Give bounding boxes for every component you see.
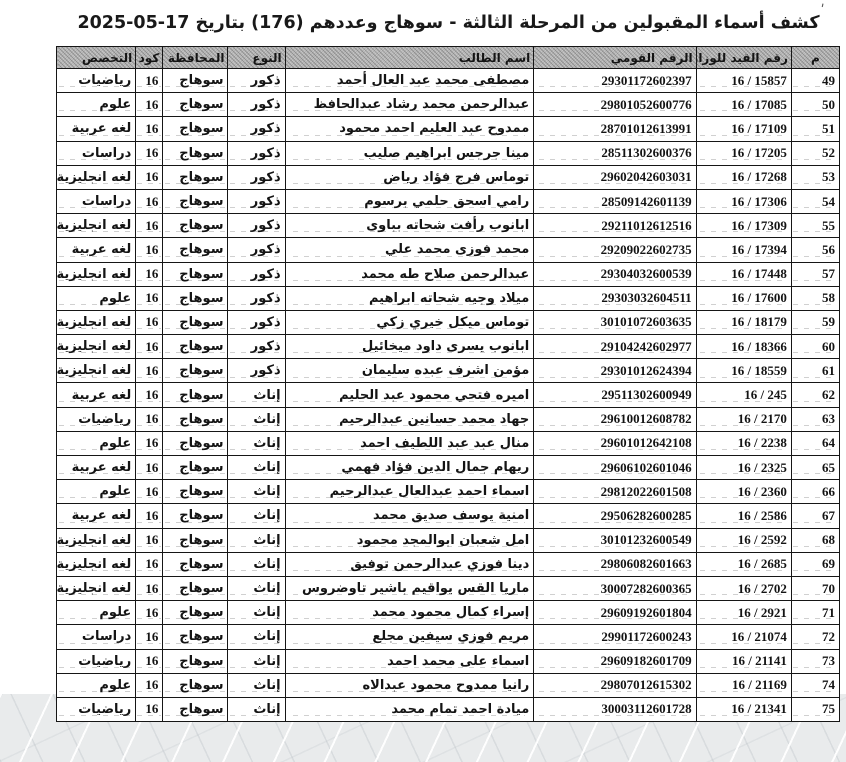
cell-ministry-registry-number: 16 / 2170 [696, 407, 791, 431]
cell-student-name: مصطفى محمد عبد العال أحمد [285, 69, 534, 93]
column-header-code: كود [136, 47, 163, 69]
cell-gender: إناث [228, 625, 285, 649]
cell-serial: 60 [791, 335, 839, 359]
cell-serial: 62 [791, 383, 839, 407]
table-row: 55 16 / 17309 29211012612516 ابانوب رأفت… [57, 214, 840, 238]
cell-serial: 69 [791, 552, 839, 576]
cell-code: 16 [136, 238, 163, 262]
cell-governorate: سوهاج [163, 238, 228, 262]
cell-code: 16 [136, 69, 163, 93]
cell-student-name: ممدوح عبد العليم احمد محمود [285, 117, 534, 141]
cell-governorate: سوهاج [163, 262, 228, 286]
cell-student-name: محمد فوزى محمد علي [285, 238, 534, 262]
column-header-national-id: الرقم القومي [534, 47, 696, 69]
column-header-ministry-registry-number: رقم القيد للوزارة [696, 47, 791, 69]
table-row: 52 16 / 17205 28511302600376 مينا جرجس ا… [57, 141, 840, 165]
cell-code: 16 [136, 141, 163, 165]
cell-serial: 57 [791, 262, 839, 286]
cell-governorate: سوهاج [163, 189, 228, 213]
cell-specialization: لغه انجليزية [57, 335, 136, 359]
cell-student-name: عبدالرحمن محمد رشاد عبدالحافظ [285, 93, 534, 117]
cell-student-name: مينا جرجس ابراهيم صليب [285, 141, 534, 165]
cell-governorate: سوهاج [163, 625, 228, 649]
cell-serial: 51 [791, 117, 839, 141]
cell-national-id: 30101072603635 [534, 310, 696, 334]
cell-ministry-registry-number: 16 / 18179 [696, 310, 791, 334]
cell-ministry-registry-number: 16 / 2592 [696, 528, 791, 552]
cell-national-id: 28509142601139 [534, 189, 696, 213]
cell-student-name: اسماء على محمد احمد [285, 649, 534, 673]
cell-student-name: مريم فوزي سيفين مجلع [285, 625, 534, 649]
cell-code: 16 [136, 407, 163, 431]
cell-specialization: لغه انجليزية [57, 552, 136, 576]
cell-serial: 66 [791, 480, 839, 504]
cell-specialization: لغه انجليزية [57, 576, 136, 600]
cell-gender: ذكور [228, 93, 285, 117]
cell-governorate: سوهاج [163, 431, 228, 455]
cell-specialization: رياضيات [57, 407, 136, 431]
cell-code: 16 [136, 456, 163, 480]
table-row: 64 16 / 2238 29601012642108 منال عبد عبد… [57, 431, 840, 455]
cell-national-id: 29610012608782 [534, 407, 696, 431]
cell-national-id: 29801052600776 [534, 93, 696, 117]
cell-serial: 75 [791, 697, 839, 721]
cell-national-id: 29812022601508 [534, 480, 696, 504]
cell-student-name: توماس فرج فؤاد رياض [285, 165, 534, 189]
cell-national-id: 29609192601804 [534, 601, 696, 625]
table-row: 69 16 / 2685 29806082601663 دينا فوزي عب… [57, 552, 840, 576]
cell-governorate: سوهاج [163, 214, 228, 238]
cell-specialization: لغه عربية [57, 456, 136, 480]
cell-serial: 54 [791, 189, 839, 213]
cell-code: 16 [136, 383, 163, 407]
cell-ministry-registry-number: 16 / 17394 [696, 238, 791, 262]
cell-specialization: لغه انجليزية [57, 165, 136, 189]
cell-code: 16 [136, 214, 163, 238]
cell-gender: إناث [228, 431, 285, 455]
table-row: 67 16 / 2586 29506282600285 امنية يوسف ص… [57, 504, 840, 528]
cell-specialization: علوم [57, 673, 136, 697]
cell-national-id: 29807012615302 [534, 673, 696, 697]
cell-student-name: امنية يوسف صديق محمد [285, 504, 534, 528]
cell-ministry-registry-number: 16 / 21074 [696, 625, 791, 649]
cell-gender: ذكور [228, 335, 285, 359]
cell-national-id: 30101232600549 [534, 528, 696, 552]
cell-ministry-registry-number: 16 / 17309 [696, 214, 791, 238]
cell-national-id: 29901172600243 [534, 625, 696, 649]
cell-serial: 70 [791, 576, 839, 600]
accepted-names-table: م رقم القيد للوزارة الرقم القومي اسم الط… [56, 46, 840, 722]
cell-student-name: إسراء كمال محمود محمد [285, 601, 534, 625]
table-row: 51 16 / 17109 28701012613991 ممدوح عبد ا… [57, 117, 840, 141]
cell-code: 16 [136, 286, 163, 310]
cell-ministry-registry-number: 16 / 2586 [696, 504, 791, 528]
cell-serial: 49 [791, 69, 839, 93]
cell-governorate: سوهاج [163, 601, 228, 625]
cell-national-id: 29511302600949 [534, 383, 696, 407]
cell-code: 16 [136, 165, 163, 189]
table-row: 63 16 / 2170 29610012608782 جهاد محمد حس… [57, 407, 840, 431]
cell-serial: 61 [791, 359, 839, 383]
table-row: 74 16 / 21169 29807012615302 رانيا ممدوح… [57, 673, 840, 697]
cell-ministry-registry-number: 16 / 15857 [696, 69, 791, 93]
cell-code: 16 [136, 262, 163, 286]
cell-code: 16 [136, 697, 163, 721]
cell-specialization: علوم [57, 601, 136, 625]
cell-student-name: ميادة احمد تمام محمد [285, 697, 534, 721]
cell-national-id: 29606102601046 [534, 456, 696, 480]
cell-code: 16 [136, 335, 163, 359]
cell-student-name: ميلاد وجيه شحاته ابراهيم [285, 286, 534, 310]
cell-code: 16 [136, 576, 163, 600]
cell-gender: إناث [228, 528, 285, 552]
cell-ministry-registry-number: 16 / 2921 [696, 601, 791, 625]
table-row: 49 16 / 15857 29301172602397 مصطفى محمد … [57, 69, 840, 93]
cell-gender: إناث [228, 601, 285, 625]
cell-student-name: ابانوب يسرى داود ميخائيل [285, 335, 534, 359]
cell-code: 16 [136, 625, 163, 649]
cell-student-name: جهاد محمد حسانين عبدالرحيم [285, 407, 534, 431]
cell-gender: ذكور [228, 189, 285, 213]
cell-student-name: توماس ميكل خيري زكي [285, 310, 534, 334]
cell-serial: 73 [791, 649, 839, 673]
cell-ministry-registry-number: 16 / 17600 [696, 286, 791, 310]
cell-ministry-registry-number: 16 / 18559 [696, 359, 791, 383]
cell-specialization: دراسات [57, 189, 136, 213]
cell-ministry-registry-number: 16 / 17306 [696, 189, 791, 213]
cell-national-id: 29301172602397 [534, 69, 696, 93]
cell-ministry-registry-number: 16 / 17448 [696, 262, 791, 286]
table-row: 73 16 / 21141 29609182601709 اسماء على م… [57, 649, 840, 673]
table-row: 72 16 / 21074 29901172600243 مريم فوزي س… [57, 625, 840, 649]
cell-serial: 55 [791, 214, 839, 238]
cell-gender: ذكور [228, 238, 285, 262]
cell-national-id: 29301012624394 [534, 359, 696, 383]
table-row: 65 16 / 2325 29606102601046 ريهام جمال ا… [57, 456, 840, 480]
table-row: 58 16 / 17600 29303032604511 ميلاد وجيه … [57, 286, 840, 310]
cell-specialization: لغه عربية [57, 504, 136, 528]
cell-code: 16 [136, 480, 163, 504]
column-header-specialization: التخصص [57, 47, 136, 69]
cell-national-id: 29609182601709 [534, 649, 696, 673]
cell-gender: ذكور [228, 262, 285, 286]
cell-governorate: سوهاج [163, 69, 228, 93]
table-row: 66 16 / 2360 29812022601508 اسماء احمد ع… [57, 480, 840, 504]
cell-governorate: سوهاج [163, 117, 228, 141]
cell-governorate: سوهاج [163, 286, 228, 310]
cell-specialization: لغه عربية [57, 238, 136, 262]
cell-national-id: 29104242602977 [534, 335, 696, 359]
cell-national-id: 29211012612516 [534, 214, 696, 238]
table-row: 61 16 / 18559 29301012624394 مؤمن اشرف ع… [57, 359, 840, 383]
cell-code: 16 [136, 189, 163, 213]
cell-governorate: سوهاج [163, 649, 228, 673]
cell-gender: إناث [228, 383, 285, 407]
cell-code: 16 [136, 93, 163, 117]
table-row: 56 16 / 17394 29209022602735 محمد فوزى م… [57, 238, 840, 262]
cell-national-id: 30007282600365 [534, 576, 696, 600]
cell-specialization: علوم [57, 93, 136, 117]
cell-gender: ذكور [228, 141, 285, 165]
cell-serial: 71 [791, 601, 839, 625]
cell-national-id: 29806082601663 [534, 552, 696, 576]
cell-ministry-registry-number: 16 / 18366 [696, 335, 791, 359]
cell-governorate: سوهاج [163, 673, 228, 697]
cell-specialization: علوم [57, 431, 136, 455]
cell-governorate: سوهاج [163, 165, 228, 189]
table-row: 71 16 / 2921 29609192601804 إسراء كمال م… [57, 601, 840, 625]
cell-code: 16 [136, 649, 163, 673]
cell-gender: إناث [228, 504, 285, 528]
cell-governorate: سوهاج [163, 480, 228, 504]
cell-gender: ذكور [228, 359, 285, 383]
cell-student-name: دينا فوزي عبدالرحمن توفيق [285, 552, 534, 576]
cell-national-id: 29209022602735 [534, 238, 696, 262]
cell-gender: ذكور [228, 117, 285, 141]
table-row: 59 16 / 18179 30101072603635 توماس ميكل … [57, 310, 840, 334]
cell-governorate: سوهاج [163, 359, 228, 383]
cell-specialization: لغه عربية [57, 117, 136, 141]
cell-gender: إناث [228, 697, 285, 721]
cell-code: 16 [136, 431, 163, 455]
page-title: كشف أسماء المقبولين من المرحلة الثالثة -… [57, 13, 840, 33]
cell-national-id: 29602042603031 [534, 165, 696, 189]
cell-national-id: 28511302600376 [534, 141, 696, 165]
cell-specialization: لغه عربية [57, 383, 136, 407]
cell-gender: إناث [228, 649, 285, 673]
cell-student-name: منال عبد عبد اللطيف احمد [285, 431, 534, 455]
cell-code: 16 [136, 601, 163, 625]
table-row: 53 16 / 17268 29602042603031 توماس فرج ف… [57, 165, 840, 189]
cell-governorate: سوهاج [163, 407, 228, 431]
cell-ministry-registry-number: 16 / 17205 [696, 141, 791, 165]
cell-ministry-registry-number: 16 / 17268 [696, 165, 791, 189]
cell-specialization: علوم [57, 480, 136, 504]
cell-serial: 68 [791, 528, 839, 552]
column-header-student-name: اسم الطالب [285, 47, 534, 69]
cell-serial: 52 [791, 141, 839, 165]
table-header-row: م رقم القيد للوزارة الرقم القومي اسم الط… [57, 47, 840, 69]
cell-code: 16 [136, 310, 163, 334]
cell-ministry-registry-number: 16 / 17109 [696, 117, 791, 141]
cell-governorate: سوهاج [163, 504, 228, 528]
cell-gender: ذكور [228, 286, 285, 310]
cell-national-id: 29304032600539 [534, 262, 696, 286]
cell-code: 16 [136, 359, 163, 383]
column-header-gender: النوع [228, 47, 285, 69]
page-title-text: كشف أسماء المقبولين من المرحلة الثالثة -… [189, 13, 819, 33]
cell-serial: 64 [791, 431, 839, 455]
cell-national-id: 29303032604511 [534, 286, 696, 310]
cell-national-id: 30003112601728 [534, 697, 696, 721]
cell-governorate: سوهاج [163, 383, 228, 407]
cell-national-id: 29601012642108 [534, 431, 696, 455]
cell-governorate: سوهاج [163, 310, 228, 334]
cell-governorate: سوهاج [163, 552, 228, 576]
cell-gender: إناث [228, 576, 285, 600]
table-row: 57 16 / 17448 29304032600539 عبدالرحمن ص… [57, 262, 840, 286]
cell-gender: إناث [228, 407, 285, 431]
cell-specialization: لغه انجليزية [57, 310, 136, 334]
cell-specialization: لغه انجليزية [57, 359, 136, 383]
cell-serial: 74 [791, 673, 839, 697]
cell-serial: 63 [791, 407, 839, 431]
cell-gender: ذكور [228, 69, 285, 93]
cell-national-id: 29506282600285 [534, 504, 696, 528]
cell-student-name: ابانوب رأفت شحاته بباوى [285, 214, 534, 238]
page-title-date: 2025-05-17 [77, 13, 189, 33]
cell-ministry-registry-number: 16 / 21141 [696, 649, 791, 673]
cell-governorate: سوهاج [163, 93, 228, 117]
cell-student-name: امل شعبان ابوالمجد محمود [285, 528, 534, 552]
cell-code: 16 [136, 552, 163, 576]
cell-student-name: اسماء احمد عبدالعال عبدالرحيم [285, 480, 534, 504]
cell-student-name: مؤمن اشرف عبده سليمان [285, 359, 534, 383]
cell-code: 16 [136, 117, 163, 141]
cell-serial: 50 [791, 93, 839, 117]
cell-ministry-registry-number: 16 / 2685 [696, 552, 791, 576]
cell-gender: ذكور [228, 214, 285, 238]
cell-ministry-registry-number: 16 / 2325 [696, 456, 791, 480]
cell-student-name: رانيا ممدوح محمود عبدالاه [285, 673, 534, 697]
cell-specialization: دراسات [57, 625, 136, 649]
cell-serial: 56 [791, 238, 839, 262]
cell-specialization: دراسات [57, 141, 136, 165]
cell-gender: إناث [228, 456, 285, 480]
cell-specialization: رياضيات [57, 649, 136, 673]
cell-specialization: علوم [57, 286, 136, 310]
cell-gender: ذكور [228, 165, 285, 189]
cell-serial: 72 [791, 625, 839, 649]
cell-specialization: لغه انجليزية [57, 528, 136, 552]
cell-student-name: ريهام جمال الدين فؤاد فهمي [285, 456, 534, 480]
cell-ministry-registry-number: 16 / 2238 [696, 431, 791, 455]
cell-student-name: ماريا القس يواقيم باشير تاوضروس [285, 576, 534, 600]
table-row: 70 16 / 2702 30007282600365 ماريا القس ي… [57, 576, 840, 600]
cell-serial: 59 [791, 310, 839, 334]
cell-student-name: عبدالرحمن صلاح طه محمد [285, 262, 534, 286]
cell-ministry-registry-number: 16 / 21341 [696, 697, 791, 721]
cell-serial: 53 [791, 165, 839, 189]
cell-gender: ذكور [228, 310, 285, 334]
table-row: 54 16 / 17306 28509142601139 رامي اسحق ح… [57, 189, 840, 213]
cell-code: 16 [136, 528, 163, 552]
cell-serial: 65 [791, 456, 839, 480]
cell-specialization: رياضيات [57, 69, 136, 93]
cell-gender: إناث [228, 673, 285, 697]
table-row: 60 16 / 18366 29104242602977 ابانوب يسرى… [57, 335, 840, 359]
cell-serial: 58 [791, 286, 839, 310]
cell-code: 16 [136, 673, 163, 697]
cell-student-name: اميره فتحي محمود عبد الحليم [285, 383, 534, 407]
cell-student-name: رامي اسحق حلمي برسوم [285, 189, 534, 213]
cell-gender: إناث [228, 552, 285, 576]
table-row: 75 16 / 21341 30003112601728 ميادة احمد … [57, 697, 840, 721]
cell-specialization: لغه انجليزية [57, 262, 136, 286]
cell-governorate: سوهاج [163, 528, 228, 552]
table-row: 62 16 / 245 29511302600949 اميره فتحي مح… [57, 383, 840, 407]
cell-ministry-registry-number: 16 / 2360 [696, 480, 791, 504]
table-row: 50 16 / 17085 29801052600776 عبدالرحمن م… [57, 93, 840, 117]
cell-ministry-registry-number: 16 / 21169 [696, 673, 791, 697]
cell-specialization: رياضيات [57, 697, 136, 721]
cell-governorate: سوهاج [163, 697, 228, 721]
cell-ministry-registry-number: 16 / 17085 [696, 93, 791, 117]
cell-ministry-registry-number: 16 / 2702 [696, 576, 791, 600]
cell-code: 16 [136, 504, 163, 528]
results-table-body: 49 16 / 15857 29301172602397 مصطفى محمد … [57, 69, 840, 722]
column-header-serial: م [791, 47, 839, 69]
cell-serial: 67 [791, 504, 839, 528]
cell-governorate: سوهاج [163, 576, 228, 600]
cell-governorate: سوهاج [163, 141, 228, 165]
cell-governorate: سوهاج [163, 335, 228, 359]
cell-gender: إناث [228, 480, 285, 504]
cell-ministry-registry-number: 16 / 245 [696, 383, 791, 407]
cell-governorate: سوهاج [163, 456, 228, 480]
cell-specialization: لغه انجليزية [57, 214, 136, 238]
cell-national-id: 28701012613991 [534, 117, 696, 141]
scanned-document-page: ' كشف أسماء المقبولين من المرحلة الثالثة… [0, 0, 846, 762]
column-header-governorate: المحافظة [163, 47, 228, 69]
table-row: 68 16 / 2592 30101232600549 امل شعبان اب… [57, 528, 840, 552]
